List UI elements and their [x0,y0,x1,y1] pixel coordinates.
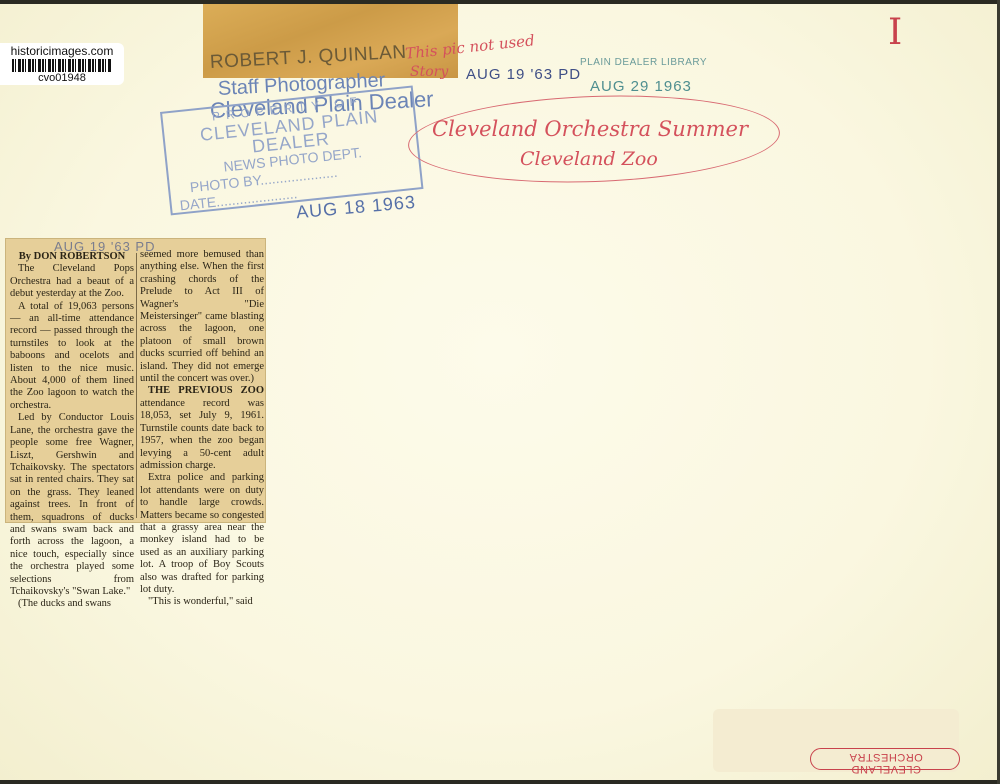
paragraph: seemed more bemused than anything else. … [140,249,264,385]
watermark-site: historicimages.com [0,45,124,58]
paragraph: Extra police and parking lot attendants … [140,472,264,596]
pd-date-stamp: AUG 19 '63 PD [466,66,581,83]
watermark-code: cvo01948 [0,72,124,84]
caption-line: Cleveland Zoo [520,148,658,170]
library-stamp-label: PLAIN DEALER LIBRARY [580,57,707,68]
handwritten-note-story: Story [410,64,448,80]
clipping-column-1: By DON ROBERTSON The Cleveland Pops Orch… [10,251,134,611]
byline: By DON ROBERTSON [10,251,134,263]
bottom-label-text: CLEVELAND ORCHESTRA [816,751,956,775]
paragraph: A total of 19,063 persons— an all-time a… [10,301,134,413]
roman-numeral: I [888,12,902,53]
paragraph: (The ducks and swans [10,598,134,610]
watermark-label: historicimages.com cvo01948 [0,43,124,85]
clipping-column-2: seemed more bemused than anything else. … [140,249,264,609]
column-divider [136,253,137,518]
paragraph: Led by Conductor Louis Lane, the orchest… [10,412,134,598]
newspaper-clipping: AUG 19 '63 PD By DON ROBERTSON The Cleve… [5,238,266,523]
paragraph: The Cleveland Pops Orchestra had a beaut… [10,263,134,300]
caption-line: Cleveland Orchestra Summer [432,117,748,141]
paragraph: "This is wonderful," said [140,596,264,608]
section-lede: THE PREVIOUS ZOO [148,385,264,396]
paragraph-text: attendance record was 18,053, set July 9… [140,398,264,471]
library-stamp-date: AUG 29 1963 [590,78,692,95]
barcode-icon [12,59,112,72]
paragraph: THE PREVIOUS ZOO attendance record was 1… [140,385,264,472]
